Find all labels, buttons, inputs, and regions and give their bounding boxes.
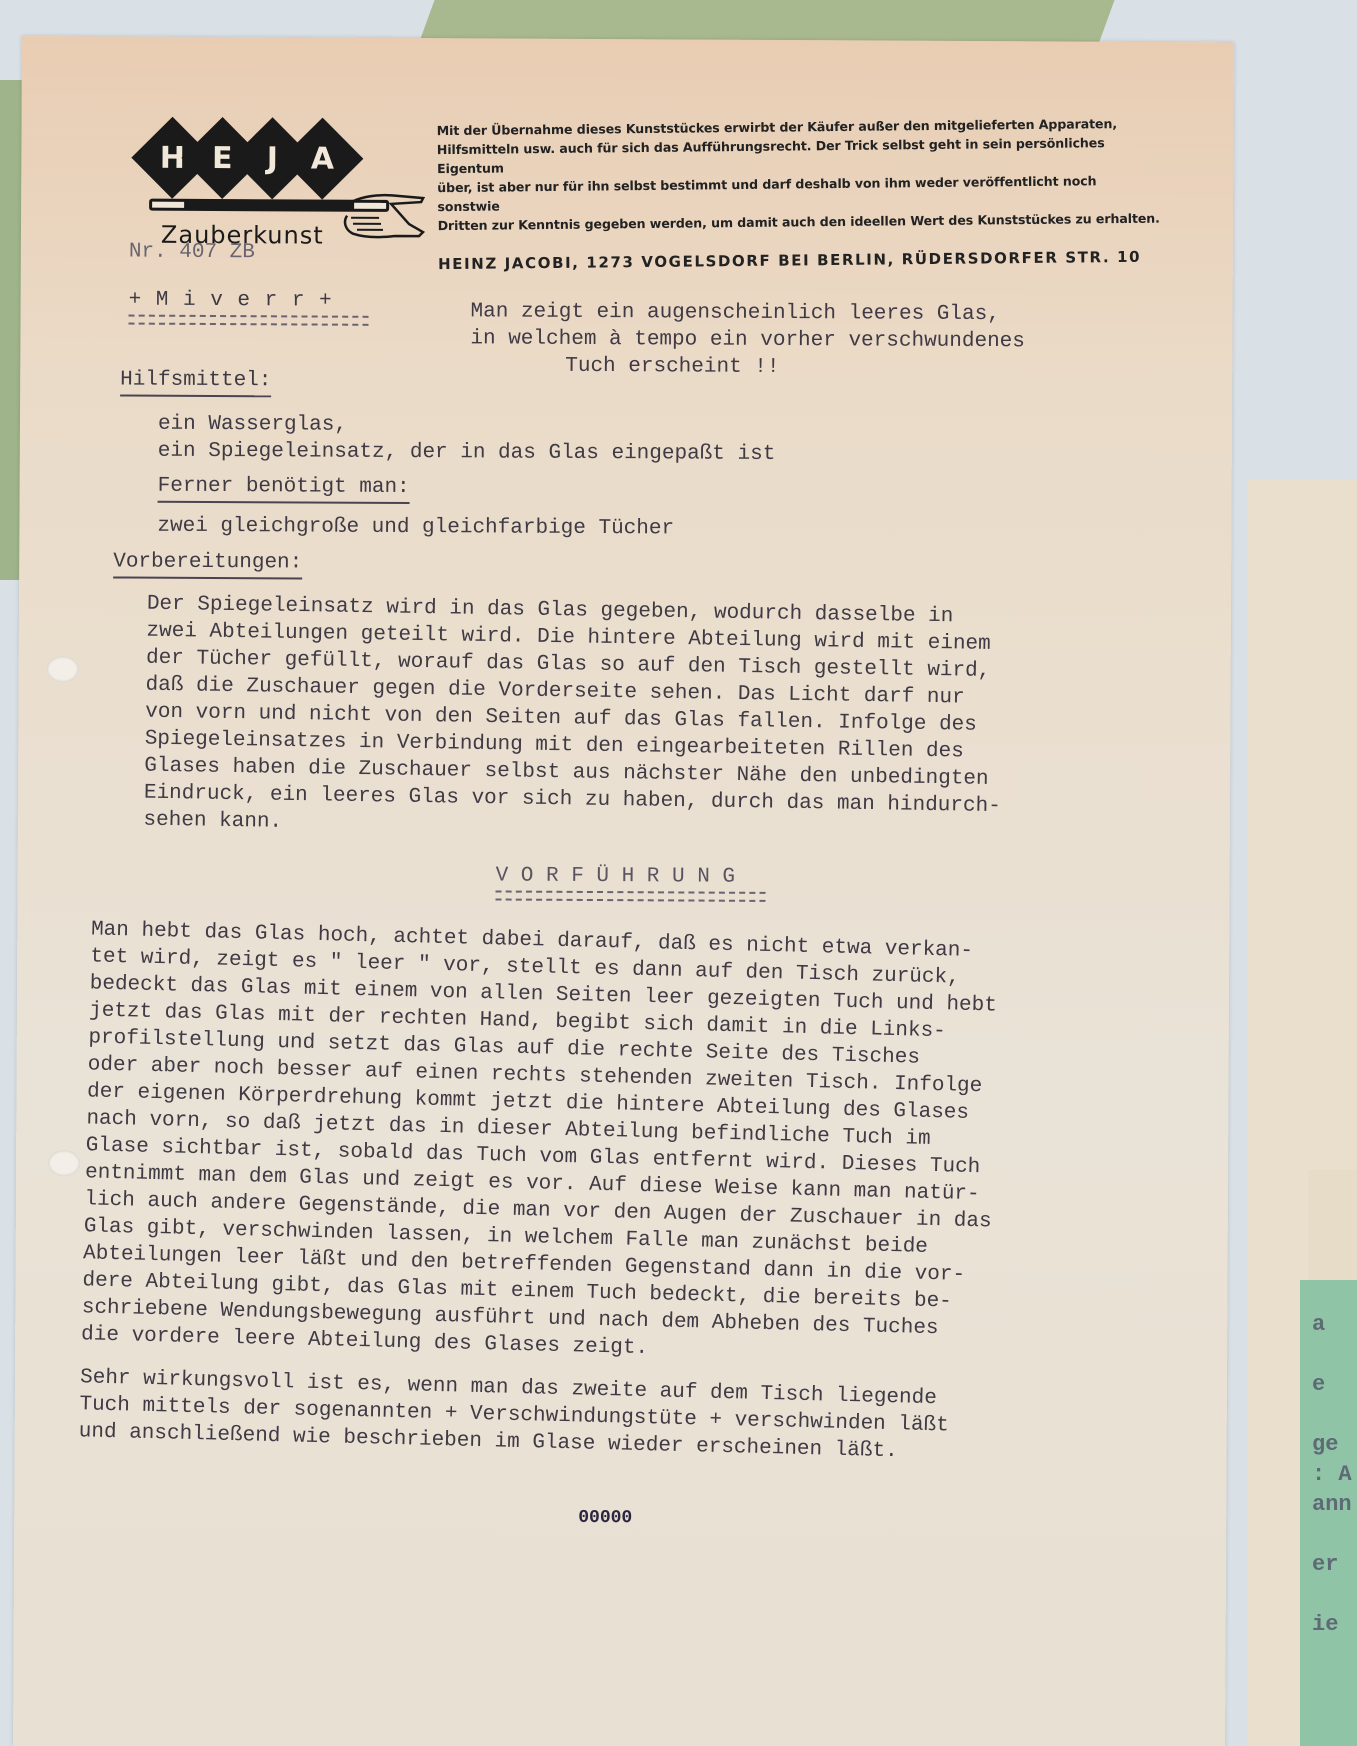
trick-summary: Man zeigt ein augenscheinlich leeres Gla… (470, 298, 1025, 382)
publisher-address: HEINZ JACOBI, 1273 VOGELSDORF BEI BERLIN… (438, 248, 1163, 274)
rights-disclaimer: Mit der Übernahme dieses Kunststückes er… (437, 114, 1163, 236)
title-underline (128, 315, 368, 326)
heading-hilfsmittel: Hilfsmittel: (120, 367, 271, 398)
item-number: Nr. 407 ZB (129, 239, 255, 267)
punch-hole (47, 656, 79, 682)
heading-vorfuehrung: V O R F Ü H R U N G (496, 862, 736, 890)
document-page: H E J A Zauberkunst Nr. 407 ZB Mit der Ü… (13, 36, 1234, 1746)
trick-title: + M i v e r r + (129, 287, 333, 315)
extra-materials: zwei gleichgroße und gleichfarbige Tüche… (157, 513, 674, 543)
pointing-hand-icon (339, 188, 429, 248)
performance-text: Man hebt das Glas hoch, achtet dabei dar… (78, 916, 998, 1467)
punch-hole (48, 1150, 80, 1176)
heading-vorbereitungen: Vorbereitungen: (113, 548, 302, 579)
heading-ferner: Ferner benötigt man: (158, 473, 410, 504)
end-mark: 00000 (578, 1505, 632, 1532)
background-sheet-text: a e ge : A ann er ie (1312, 1310, 1352, 1640)
letterhead-text: Mit der Übernahme dieses Kunststückes er… (437, 114, 1164, 274)
preparation-text: Der Spiegeleinsatz wird in das Glas gege… (143, 591, 1004, 847)
materials-list: ein Wasserglas, ein Spiegeleinsatz, der … (158, 411, 776, 468)
vorfuehrung-underline (495, 890, 765, 901)
